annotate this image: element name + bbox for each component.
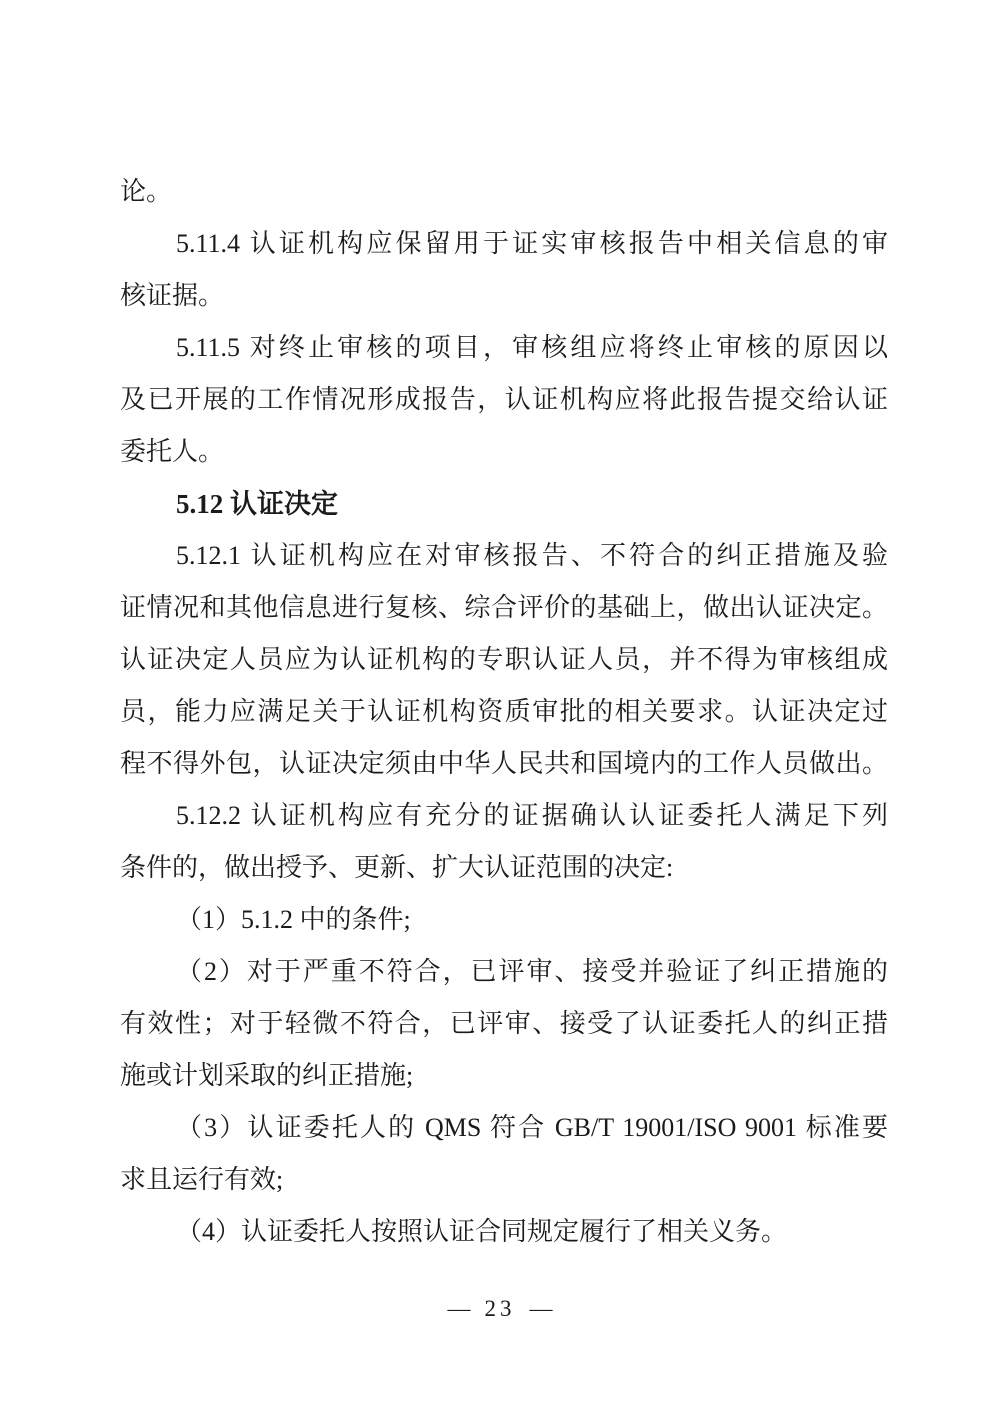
text-line: 5.12.2 认证机构应有充分的证据确认认证委托人满足下列: [120, 790, 888, 842]
text-line: 委托人。: [120, 426, 888, 478]
text-line: 施或计划采取的纠正措施;: [120, 1050, 888, 1102]
text-line: （3）认证委托人的 QMS 符合 GB/T 19001/ISO 9001 标准要: [120, 1102, 888, 1154]
text-line: 5.12.1 认证机构应在对审核报告、不符合的纠正措施及验: [120, 530, 888, 582]
text-line: （4）认证委托人按照认证合同规定履行了相关义务。: [120, 1206, 888, 1258]
text-line: 证情况和其他信息进行复核、综合评价的基础上，做出认证决定。: [120, 582, 888, 634]
text-line: 5.11.4 认证机构应保留用于证实审核报告中相关信息的审: [120, 218, 888, 270]
text-line: 员，能力应满足关于认证机构资质审批的相关要求。认证决定过: [120, 686, 888, 738]
text-line: 程不得外包，认证决定须由中华人民共和国境内的工作人员做出。: [120, 738, 888, 790]
text-line: （2）对于严重不符合，已评审、接受并验证了纠正措施的: [120, 946, 888, 998]
section-heading: 5.12 认证决定: [120, 478, 888, 530]
footer-right-dash: —: [530, 1292, 553, 1326]
text-line: 及已开展的工作情况形成报告，认证机构应将此报告提交给认证: [120, 374, 888, 426]
page-footer: —23—: [0, 1292, 1000, 1326]
footer-left-dash: —: [448, 1292, 471, 1326]
document-body: 论。5.11.4 认证机构应保留用于证实审核报告中相关信息的审核证据。5.11.…: [120, 166, 888, 1258]
text-line: 核证据。: [120, 270, 888, 322]
document-page: 论。5.11.4 认证机构应保留用于证实审核报告中相关信息的审核证据。5.11.…: [0, 0, 1000, 1414]
text-line: 有效性；对于轻微不符合，已评审、接受了认证委托人的纠正措: [120, 998, 888, 1050]
text-line: 求且运行有效;: [120, 1154, 888, 1206]
text-line: 论。: [120, 166, 888, 218]
text-line: （1）5.1.2 中的条件;: [120, 894, 888, 946]
page-number: 23: [485, 1292, 516, 1326]
text-line: 5.11.5 对终止审核的项目，审核组应将终止审核的原因以: [120, 322, 888, 374]
text-line: 条件的，做出授予、更新、扩大认证范围的决定:: [120, 842, 888, 894]
text-line: 认证决定人员应为认证机构的专职认证人员，并不得为审核组成: [120, 634, 888, 686]
